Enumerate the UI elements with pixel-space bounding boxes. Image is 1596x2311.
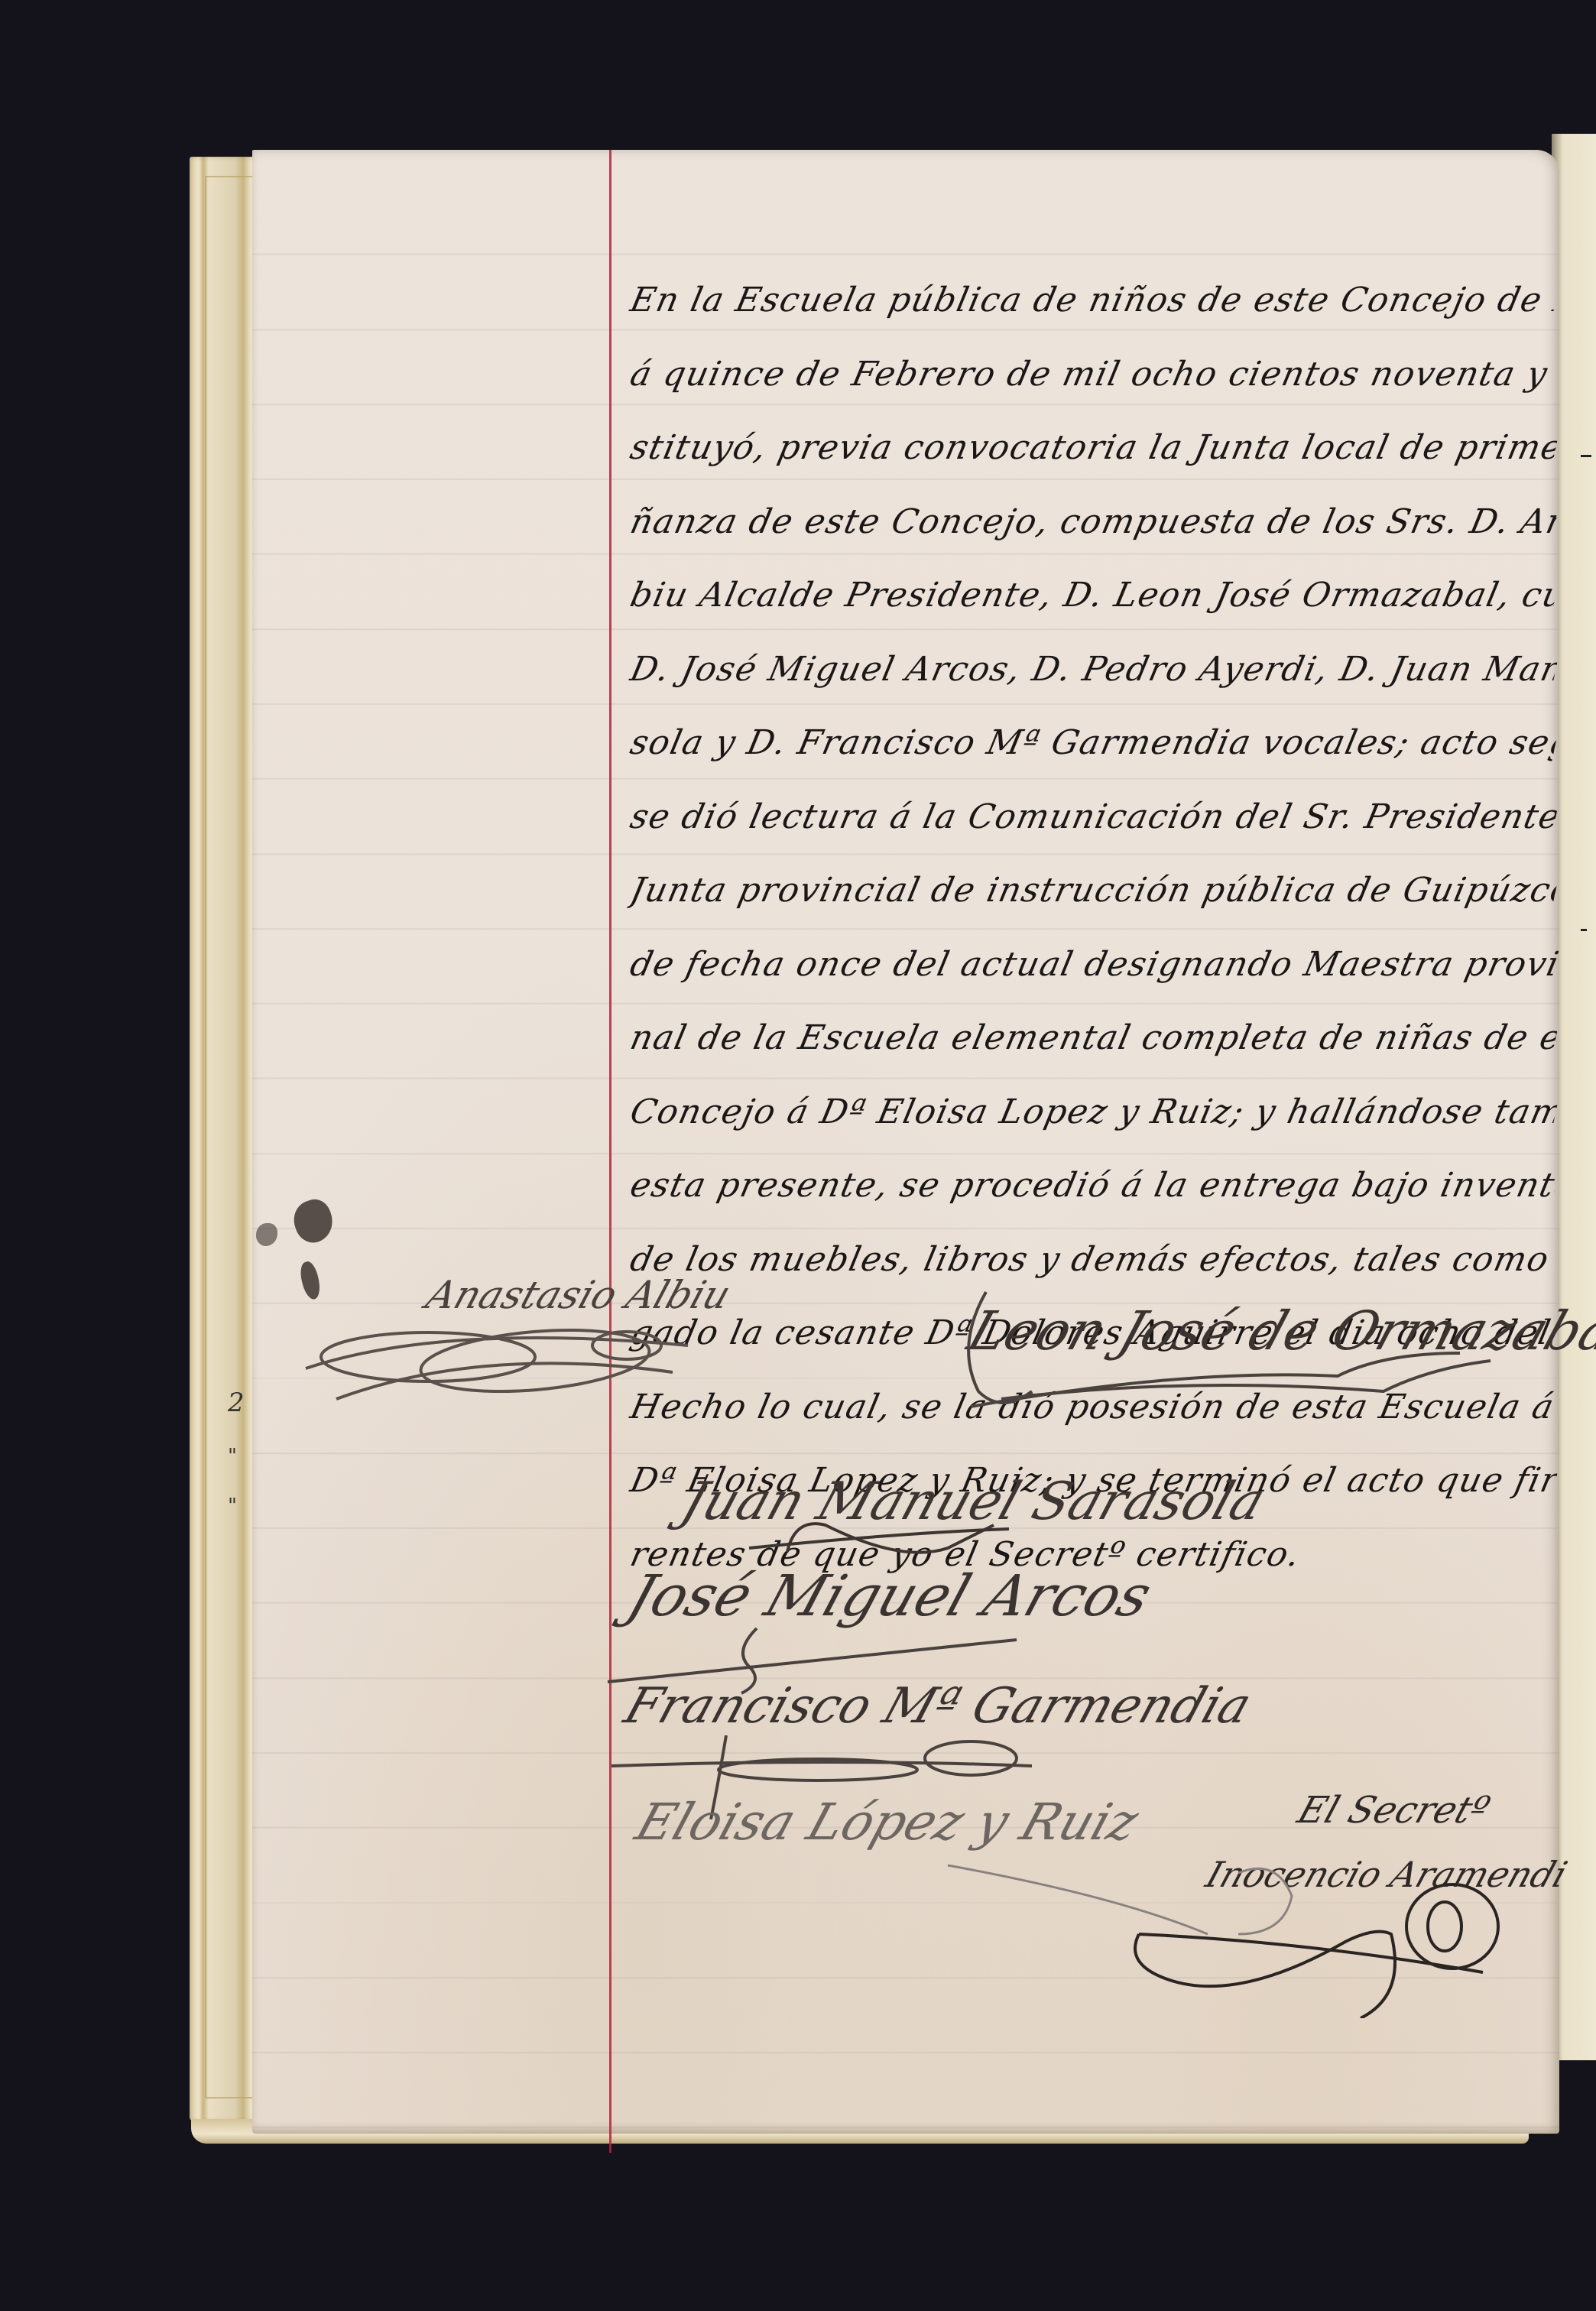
text-line-6: D. José Miguel Arcos, D. Pedro Ayerdi, D… [623, 633, 1564, 707]
margin-mark: " [228, 1495, 237, 1517]
text-line-7: sola y D. Francisco Mª Garmendia vocales… [623, 706, 1564, 781]
signature-anastasio-albiu: Anastasio Albiu [421, 1273, 736, 1317]
margin-mark: 2 [228, 1388, 245, 1418]
signature-francisco-garmendia: Francisco Mª Garmendia [618, 1678, 1258, 1735]
ink-mark [1581, 929, 1587, 931]
signature-flourish-leon [955, 1284, 1536, 1414]
text-line-3: stituyó, previa convocatoria la Junta lo… [623, 411, 1564, 485]
secretary-title: El Secretº [1293, 1789, 1495, 1832]
ink-mark [1581, 455, 1591, 457]
signature-flourish-anastasio [290, 1315, 719, 1414]
text-line-11: nal de la Escuela elemental completa de … [623, 1001, 1564, 1076]
signature-flourish-secretary [810, 1842, 1529, 2018]
signature-jose-miguel-arcos: José Miguel Arcos [620, 1563, 1160, 1629]
text-line-9: Junta provincial de instrucción pública … [623, 854, 1564, 928]
text-line-2: á quince de Febrero de mil ocho cientos … [623, 338, 1564, 412]
text-line-8: se dió lectura á la Comunicación del Sr.… [623, 781, 1564, 855]
text-line-5: biu Alcalde Presidente, D. Leon José Orm… [623, 559, 1564, 633]
red-margin-rule [609, 150, 611, 2153]
margin-mark: " [228, 1445, 237, 1468]
text-line-12: Concejo á Dª Eloisa Lopez y Ruiz; y hall… [623, 1076, 1564, 1150]
text-line-1: En la Escuela pública de niños de este C… [623, 264, 1564, 338]
text-line-13: esta presente, se procedió á la entrega … [623, 1149, 1564, 1223]
text-line-4: ñanza de este Concejo, compuesta de los … [623, 485, 1564, 560]
text-line-10: de fecha once del actual designando Maes… [623, 928, 1564, 1002]
